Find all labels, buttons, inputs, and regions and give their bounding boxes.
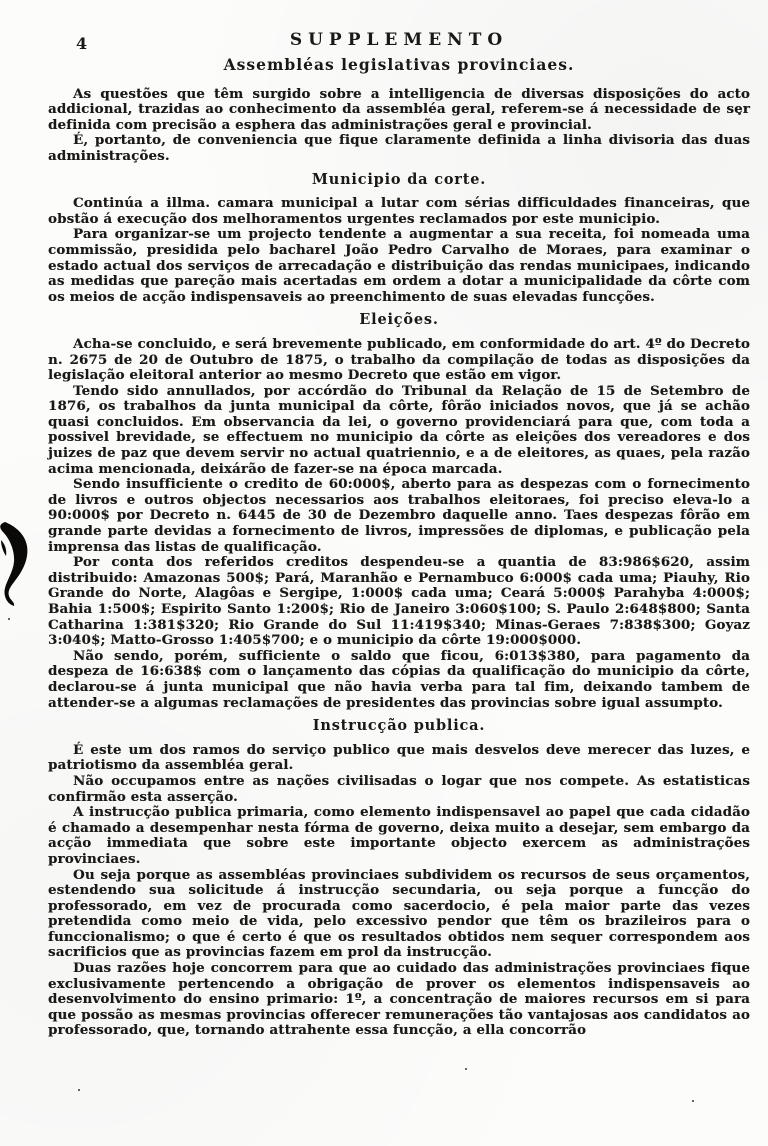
section-heading: Municipio da corte. xyxy=(48,172,750,188)
section-eleicoes: Eleições.Acha-se concluido, e será breve… xyxy=(48,312,750,711)
paragraph: É este um dos ramos do serviço publico q… xyxy=(48,743,750,774)
section-heading: Assembléas legislativas provinciaes. xyxy=(48,57,750,73)
paragraph: Não sendo, porém, sufficiente o saldo qu… xyxy=(48,649,750,711)
paragraph: Continúa a illma. camara municipal a lut… xyxy=(48,196,750,227)
scan-speck xyxy=(692,1100,694,1102)
scan-speck xyxy=(8,618,10,620)
scan-speck xyxy=(465,1068,467,1070)
section-instruccao-publica: Instrucção publica.É este um dos ramos d… xyxy=(48,718,750,1039)
ink-blot-artifact xyxy=(0,520,41,610)
page-title: SUPPLEMENTO xyxy=(48,30,750,50)
paragraph: Ou seja porque as assembléas provinciaes… xyxy=(48,868,750,962)
section-assembleas-legislativas-provinciaes: Assembléas legislativas provinciaes.As q… xyxy=(48,57,750,165)
paragraph: Não occupamos entre as nações civilisada… xyxy=(48,774,750,805)
paragraph: Por conta dos referidos creditos despend… xyxy=(48,555,750,649)
section-heading: Eleições. xyxy=(48,312,750,328)
paragraph: É, portanto, de conveniencia que fique c… xyxy=(48,133,750,164)
scan-speck xyxy=(78,1089,80,1091)
paragraph: As questões que têm surgido sobre a inte… xyxy=(48,87,750,134)
paragraph: Para organizar-se um projecto tendente a… xyxy=(48,227,750,305)
paragraph: Duas razões hoje concorrem para que ao c… xyxy=(48,961,750,1039)
paragraph: A instrucção publica primaria, como elem… xyxy=(48,805,750,867)
paragraph: Acha-se concluido, e será brevemente pub… xyxy=(48,337,750,384)
section-heading: Instrucção publica. xyxy=(48,718,750,734)
section-municipio-da-corte: Municipio da corte.Continúa a illma. cam… xyxy=(48,172,750,306)
document-page: 4 SUPPLEMENTO Assembléas legislativas pr… xyxy=(0,0,768,1146)
paragraph: Tendo sido annullados, por accórdão do T… xyxy=(48,384,750,478)
document-content: Assembléas legislativas provinciaes.As q… xyxy=(48,57,750,1039)
paragraph: Sendo insufficiente o credito de 60:000$… xyxy=(48,477,750,555)
